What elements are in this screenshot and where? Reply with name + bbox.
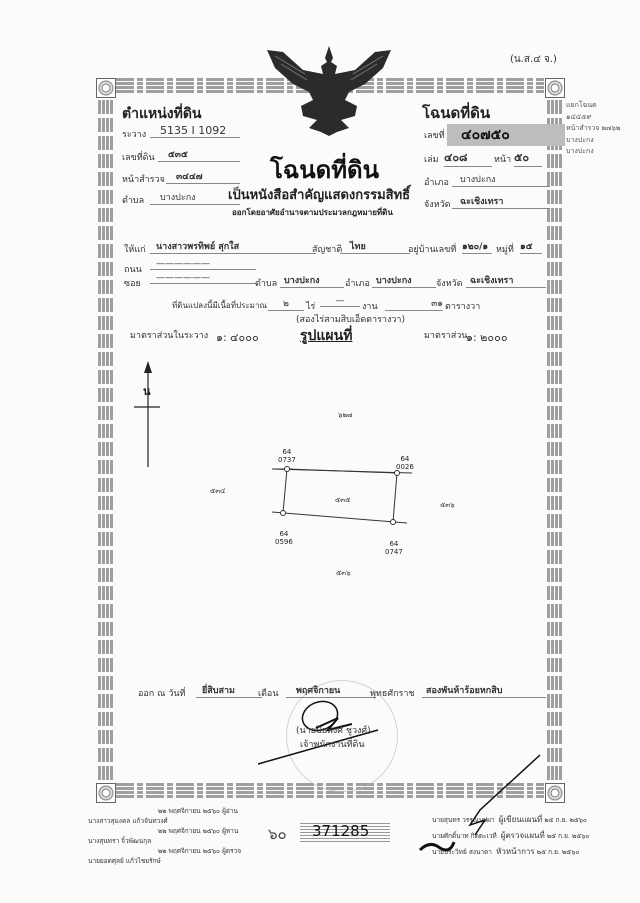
soi-label: ซอย bbox=[124, 276, 141, 290]
amphoe-label: อำเภอ bbox=[424, 175, 449, 189]
moo-label: หมู่ที่ bbox=[496, 242, 514, 256]
land-no-value: ๕๓๕ bbox=[158, 147, 240, 162]
left-signature-block: ๒๒ พฤศจิกายน ๒๕๖๐ ผู้อ่าน นางสาวสุมงคล แ… bbox=[88, 806, 241, 866]
owner-name: นางสาวพรทิพย์ สุกใส bbox=[150, 239, 316, 254]
amphoe-value: บางปะกง bbox=[452, 172, 550, 187]
house-no-label: อยู่บ้านเลขที่ bbox=[408, 242, 456, 256]
parcel-number: ๕๓๕ bbox=[335, 495, 350, 506]
deed-title-right: โฉนดที่ดิน bbox=[422, 101, 490, 125]
drawing-title: รูปแผนที่ bbox=[300, 325, 352, 347]
corner-ornament-icon bbox=[96, 783, 116, 803]
owner-province-value: ฉะเชิงเทรา bbox=[466, 273, 546, 288]
location-title: ตำแหน่งที่ดิน bbox=[122, 103, 202, 125]
area-ngan-label: งาน bbox=[362, 299, 378, 313]
official-title: เจ้าพนักงานที่ดิน bbox=[300, 737, 364, 751]
owner-tambon-label: ตำบล bbox=[255, 276, 277, 290]
neighbor-east: ๕๓๖ bbox=[440, 500, 455, 511]
left-border bbox=[97, 98, 113, 780]
book-label: เล่ม bbox=[424, 152, 439, 166]
marker-label-tl: 640737 bbox=[278, 448, 296, 464]
corner-ornament-icon bbox=[545, 78, 565, 98]
north-label: น bbox=[143, 382, 151, 400]
survey-page-label: หน้าสำรวจ bbox=[122, 172, 165, 186]
province-value: ฉะเชิงเทรา bbox=[452, 194, 550, 209]
serial-number: 371285 bbox=[312, 822, 369, 840]
marker-label-tr: 640026 bbox=[396, 455, 414, 471]
map-scale-value: ๑: ๔๐๐๐ bbox=[216, 328, 259, 346]
rawang-value: 5135 I 1092 bbox=[150, 124, 240, 138]
side-note: บางปะกง bbox=[566, 135, 621, 147]
owner-province-label: จังหวัด bbox=[436, 276, 463, 290]
province-label: จังหวัด bbox=[424, 197, 451, 211]
area-ngan-value: — bbox=[320, 296, 360, 307]
map-scale-label: มาตราส่วนในระวาง bbox=[130, 328, 208, 342]
neighbor-south: ๕๓๖ bbox=[336, 568, 351, 579]
tambon-label: ตำบล bbox=[122, 193, 144, 207]
marker-label-bl: 640596 bbox=[275, 530, 293, 546]
signer-name: นางสาวสุมงคล แก้วจันทวงศ์ bbox=[88, 816, 241, 826]
signer-name: นางสุนทรา จิ๋วพัฒนกุล bbox=[88, 836, 241, 846]
nationality-value: ไทย bbox=[340, 239, 410, 254]
parcel-map bbox=[120, 355, 540, 595]
side-note: บางปะกง bbox=[566, 146, 621, 158]
area-rai-value: ๒ bbox=[268, 296, 304, 311]
house-no-value: ๑๒๐/๑ bbox=[462, 239, 492, 254]
tambon-value: บางปะกง bbox=[150, 190, 240, 205]
garuda-emblem-icon bbox=[265, 44, 393, 136]
neighbor-north: ๖๒๗ bbox=[338, 410, 352, 421]
marker-label-br: 640747 bbox=[385, 540, 403, 556]
side-note: แยกโฉนด bbox=[566, 100, 621, 112]
owner-tambon-value: บางปะกง bbox=[280, 273, 344, 288]
area-wa-label: ตารางวา bbox=[445, 299, 480, 313]
land-no-label: เลขที่ดิน bbox=[122, 150, 155, 164]
serial-prefix: ๖๐ bbox=[268, 822, 287, 846]
plot-scale-value: ๑: ๒๐๐๐ bbox=[466, 328, 508, 346]
deed-number-value: ๔๐๗๕๐ bbox=[447, 124, 565, 146]
area-rai-label: ไร่ bbox=[306, 299, 315, 313]
book-value: ๔๐๘ bbox=[444, 148, 492, 167]
area-label: ที่ดินแปลงนี้มีเนื้อที่ประมาณ bbox=[172, 299, 267, 312]
given-to-label: ให้แก่ bbox=[124, 242, 146, 256]
corner-ornament-icon bbox=[96, 78, 116, 98]
road-value: —————— bbox=[150, 259, 256, 270]
subtitle: เป็นหนังสือสำคัญแสดงกรรมสิทธิ์ bbox=[228, 184, 410, 205]
nationality-label: สัญชาติ bbox=[312, 242, 342, 256]
deed-number-label: เลขที่ bbox=[424, 128, 445, 142]
owner-amphoe-value: บางปะกง bbox=[372, 273, 436, 288]
official-name: (นายปิยพงศ์ ชูวงศ์) bbox=[296, 723, 371, 737]
owner-amphoe-label: อำเภอ bbox=[345, 276, 370, 290]
issued-by: ออกโดยอาศัยอำนาจตามประมวลกฎหมายที่ดิน bbox=[232, 206, 393, 219]
soi-value: —————— bbox=[150, 273, 256, 284]
road-label: ถนน bbox=[124, 262, 142, 276]
survey-page-value: ๓๔๔๗ bbox=[166, 169, 240, 184]
issue-year: สองพันห้าร้อยหกสิบ bbox=[422, 683, 546, 698]
issue-date-label: ออก ณ วันที่ bbox=[138, 686, 185, 700]
side-notes: แยกโฉนด ๑๔๔๕๙ หน้าสำรวจ ๒๗๖๒ บางปะกง บาง… bbox=[566, 100, 621, 158]
neighbor-west: ๕๓๔ bbox=[210, 486, 225, 497]
side-note: ๑๔๔๕๙ bbox=[566, 112, 621, 124]
side-note: หน้าสำรวจ ๒๗๖๒ bbox=[566, 123, 621, 135]
area-wa-value: ๓๑ bbox=[385, 296, 443, 311]
form-code: (น.ส.๔ จ.) bbox=[510, 52, 557, 67]
area-in-words: (สองไร่สามสิบเอ็ดตารางวา) bbox=[296, 312, 405, 326]
plot-scale-label: มาตราส่วน bbox=[424, 328, 467, 342]
page-value: ๕๐ bbox=[514, 148, 542, 167]
rawang-label: ระวาง bbox=[122, 127, 146, 141]
page-label: หน้า bbox=[494, 152, 511, 166]
signer-name: นายยอดศุลย์ แก้วไชยรักษ์ bbox=[88, 856, 241, 866]
moo-value: ๑๕ bbox=[520, 239, 542, 254]
bottom-right-signature-icon bbox=[410, 750, 550, 860]
